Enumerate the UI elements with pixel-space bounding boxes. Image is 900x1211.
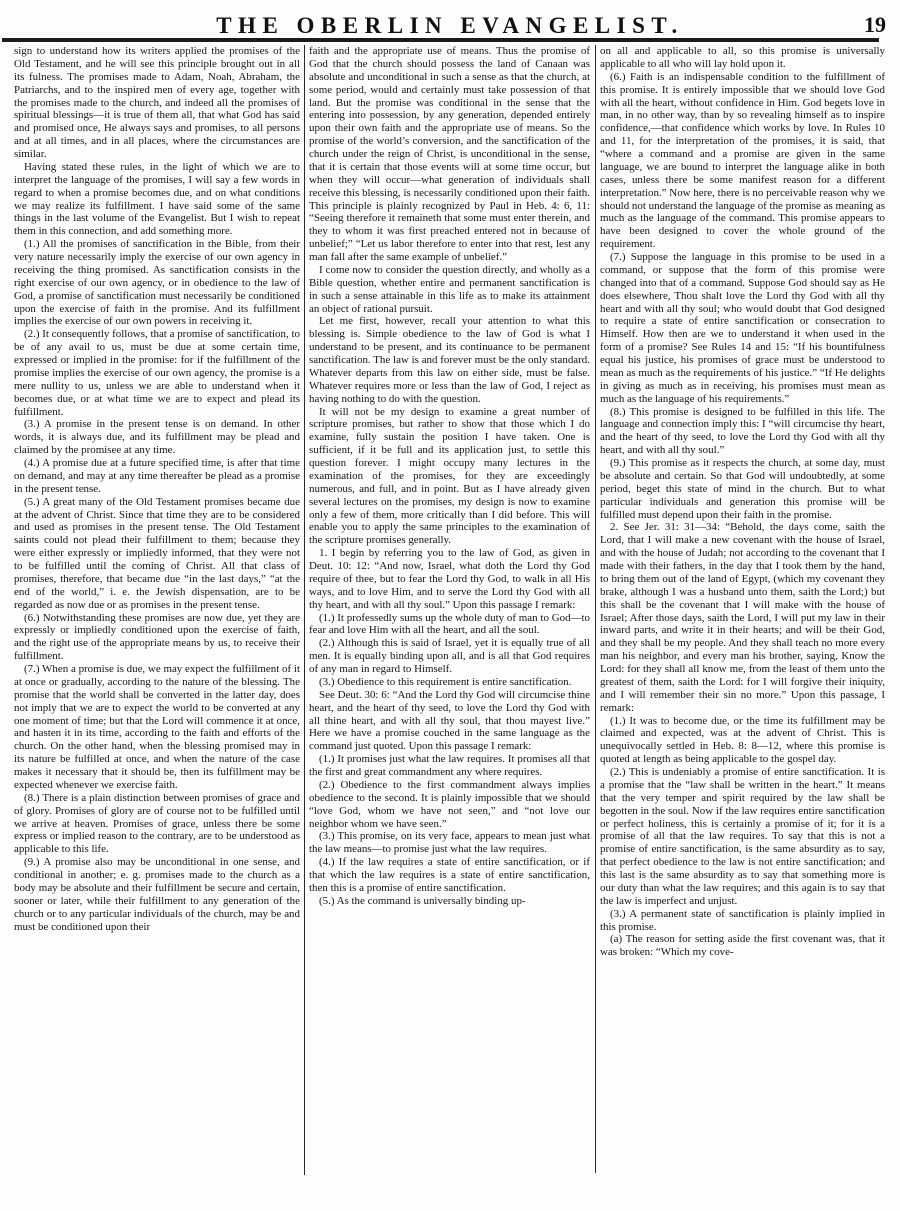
paragraph: (3.) A promise in the present tense is o… xyxy=(14,418,300,457)
paragraph: (9.) A promise also may be unconditional… xyxy=(14,856,300,933)
paragraph: It will not be my design to examine a gr… xyxy=(309,406,590,548)
paragraph: (2.) This is undeniably a promise of ent… xyxy=(600,766,885,908)
masthead-rule xyxy=(2,38,879,42)
paragraph: (3.) A permanent state of sanctification… xyxy=(600,908,885,934)
paragraph: I come now to consider the question dire… xyxy=(309,264,590,316)
paragraph: (9.) This promise as it respects the chu… xyxy=(600,457,885,521)
column-divider xyxy=(304,45,305,1175)
paragraph: (8.) There is a plain distinction betwee… xyxy=(14,792,300,856)
paragraph: sign to understand how its writers appli… xyxy=(14,45,300,161)
paragraph: (1.) It was to become due, or the time i… xyxy=(600,715,885,767)
paragraph: (7.) Suppose the language in this promis… xyxy=(600,251,885,406)
paragraph: (4.) If the law requires a state of enti… xyxy=(309,856,590,895)
paragraph: faith and the appropriate use of means. … xyxy=(309,45,590,264)
paragraph: (2.) Although this is said of Israel, ye… xyxy=(309,637,590,676)
paragraph: (1.) It promises just what the law requi… xyxy=(309,753,590,779)
paragraph: (2.) It consequently follows, that a pro… xyxy=(14,328,300,418)
paragraph: (5.) As the command is universally bindi… xyxy=(309,895,590,908)
page-number: 19 xyxy=(864,12,886,38)
paragraph: (6.) Faith is an indispensable condition… xyxy=(600,71,885,251)
paragraph: (4.) A promise due at a future specified… xyxy=(14,457,300,496)
paragraph: (3.) This promise, on its very face, app… xyxy=(309,830,590,856)
column-2: faith and the appropriate use of means. … xyxy=(309,45,590,1180)
paragraph: (8.) This promise is designed to be fulf… xyxy=(600,406,885,458)
paragraph: on all and applicable to all, so this pr… xyxy=(600,45,885,71)
paragraph: See Deut. 30: 6: “And the Lord thy God w… xyxy=(309,689,590,753)
paragraph: Let me first, however, recall your atten… xyxy=(309,315,590,405)
paragraph: (6.) Notwithstanding these promises are … xyxy=(14,612,300,664)
column-divider xyxy=(595,45,596,1173)
column-3: on all and applicable to all, so this pr… xyxy=(600,45,885,1180)
paragraph: (3.) Obedience to this requirement is en… xyxy=(309,676,590,689)
masthead: THE OBERLIN EVANGELIST. 19 xyxy=(0,0,900,40)
paragraph: (1.) All the promises of sanctification … xyxy=(14,238,300,328)
paragraph: (1.) It professedly sums up the whole du… xyxy=(309,612,590,638)
paragraph: 1. I begin by referring you to the law o… xyxy=(309,547,590,611)
paragraph: (a) The reason for setting aside the fir… xyxy=(600,933,885,959)
column-1: sign to understand how its writers appli… xyxy=(14,45,300,1180)
paragraph: 2. See Jer. 31: 31—34: “Behold, the days… xyxy=(600,521,885,714)
paragraph: (2.) Obedience to the first commandment … xyxy=(309,779,590,831)
paragraph: (7.) When a promise is due, we may expec… xyxy=(14,663,300,792)
paragraph: (5.) A great many of the Old Testament p… xyxy=(14,496,300,612)
article-body: sign to understand how its writers appli… xyxy=(10,45,890,1180)
paragraph: Having stated these rules, in the light … xyxy=(14,161,300,238)
newspaper-title: THE OBERLIN EVANGELIST. xyxy=(0,13,900,39)
